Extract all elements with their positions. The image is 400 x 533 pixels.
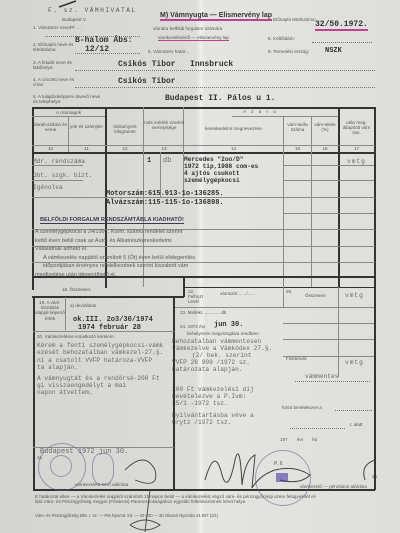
field-2-value: B-halom Ábs: [75,36,133,45]
field-1-label: 1. Vámszerv neve: [33,25,93,30]
office-stamp-line2: Budapest V. [62,17,87,22]
footer-appeal-notice: E határozat ellen — a Vámkezelés napjátó… [35,494,385,504]
box19-divider [65,297,66,330]
box20-label: 20. Vámkezelésre vonatkozó kérelem: [37,334,115,339]
box22-field: vámszár ....../...... [220,291,255,296]
field-2-label: 2. Előnapló neve és tételszáma: [33,42,78,52]
row-line [32,180,83,181]
stamp-emblem [50,455,72,477]
office-stamp-line1: F. sz. VÁMHIVATAL [48,7,137,14]
box24-sub: behelyezés megvizsgálva rendben! [187,331,259,336]
box19a-label: a) devizában [70,303,96,308]
box19-label: 19. A vám-kiszabás alapját képező érték [35,300,65,321]
package-line-3: Igénolva [33,184,63,191]
field-3-value: Csikós Tibor Innsbruck [118,60,233,69]
row-line [283,356,374,357]
signature-left [115,440,185,533]
duty-free-line [295,381,370,382]
col-13-number: 13 [144,146,184,151]
box26-value: vmtg [345,292,364,299]
field-9-value: NSZK [325,47,342,55]
field-7-value: 32/50.1972. [315,20,368,29]
package-line-2: Gbt. szgk. bizt. [33,172,92,179]
customs-stamp-left [38,443,86,491]
chassis-number: Alvázszám:115-115-1o-136898. [106,199,224,207]
field-1-value: Pf. ... [70,25,81,30]
box24-label: 24. 1972 évi [180,324,205,329]
signature-mark [355,455,385,485]
table-header-bottom [32,152,375,154]
box26-label: 26. [286,289,292,294]
box24-text: Behozatalban vámmentesen vámkezelve a Vá… [172,338,272,373]
pen-mark [58,0,78,8]
field-5-value: Budapest II. Pálos u 1. [165,94,275,103]
box26-divider [283,287,284,307]
col-14-number: 14 [184,146,283,151]
col-17-number: 17 [339,146,374,151]
col-14-header: kereskedelmi megnevezése [184,126,283,131]
group-goods: A z á r u [183,109,338,114]
form-subtitle-2: vámkezeléséről — elismervény lap [158,35,229,40]
box24-date: jun 30. [214,321,243,329]
box19-top [33,297,174,298]
row-line [283,165,374,166]
customs-stamp-small [92,453,114,485]
quantity: 1 [147,157,151,165]
field-5-label: 5. A tulajdonképpeni átvevő neve és tele… [33,94,103,104]
register-line [290,428,345,429]
footer-print-info: Vám- és Pénzügyőrség 589. r. sz. — PM Ny… [35,513,218,518]
fee-line [335,410,372,411]
form-title: M) Vámnyugta — Elismervény lap [160,12,272,19]
right-col-divider [338,287,339,377]
col-16-number: 16 [312,146,338,151]
left-box-border [33,297,35,489]
plate-notice-text: A személygépkocsi a 24/1991. Korm. számú… [35,228,285,280]
fee-text: 200 Ft vámkezelési díj bevételezve a P.I… [172,386,254,407]
col-12-number: 12 [107,146,143,151]
unit: db [163,157,171,165]
col-12-header: tiszta/nyers kilogramm [107,124,143,134]
box26-sum-label: Összesen: [305,293,327,298]
col-10-header: darab-száma és neme [33,122,68,132]
box20-top [33,331,174,332]
row-line [283,339,374,340]
field-9-label: 9. Termelési ország: [268,49,309,54]
col-17-header: után meg-állapított vám öss. [339,120,374,136]
group-packages: A csomagok [32,110,105,115]
field-4-label: 4. A címzett neve és címe: [33,77,78,87]
col-10-number: 10 [33,146,68,151]
col-15-header: vám-tarifa száma [284,122,311,132]
motor-number: Motorszám:615.913-1o-136285. [106,190,224,198]
package-line-1: Mdr. rendszáma [33,158,85,165]
box23-top [174,307,374,308]
box20-request-text: Kérem a fenti személygépkocsi-vámk ezésé… [37,342,163,397]
box22-top [183,287,375,288]
row-line [32,165,83,166]
field-4-line [75,87,375,88]
field-4-value: Csikós Tibor [118,77,176,86]
duty-value: vmtg [347,158,366,165]
sum-label: 18. Összesen: [62,287,91,292]
box23-label: 23. Mellékl. ............ db [180,310,226,315]
box19-value: ok.III. 2o3/30/1974 [73,316,153,324]
row-line [283,323,374,324]
field-2-line [75,53,140,54]
col-16-header: vám-tétele (%) [312,122,338,132]
duty-free-value: vámmentes [305,373,338,380]
box22-label: 22. Felhozt Levél [188,289,208,305]
col-11-number: 11 [69,146,104,151]
row-line [283,180,374,181]
payable-value: vmtg [345,359,364,366]
plate-notice-title: BELFÖLDI FORGALMI RENDSZÁMTÁBLA KIADHATÓ… [40,217,184,223]
row-line [283,213,374,214]
col-11-header: jele és számjele [69,124,104,129]
form-subtitle-1: vámáru belföldi forgalom számára [153,26,222,31]
register-text: Nyilvántartásba véve a Grytz /1972 tsz. [172,412,254,426]
col-13-header: más mérték szerinti mennyisége [144,120,184,130]
register-suffix: t. alatt [350,422,363,427]
field-8-line [312,42,372,43]
col-15-number: 15 [284,146,311,151]
field-6-label: 6. Vámszerv határ... [148,49,189,54]
group-divider [232,116,338,117]
field-3-line [75,70,375,71]
field-8-label: 8. Költőidám: [268,36,295,41]
field-3-label: 3. A feladó neve és lakóhelye: [33,60,78,70]
goods-description: Mercedes "2oo/D" 1972 tip,1988 com-es 4 … [184,156,258,184]
fee-label: forint bevételezve a [282,405,322,410]
